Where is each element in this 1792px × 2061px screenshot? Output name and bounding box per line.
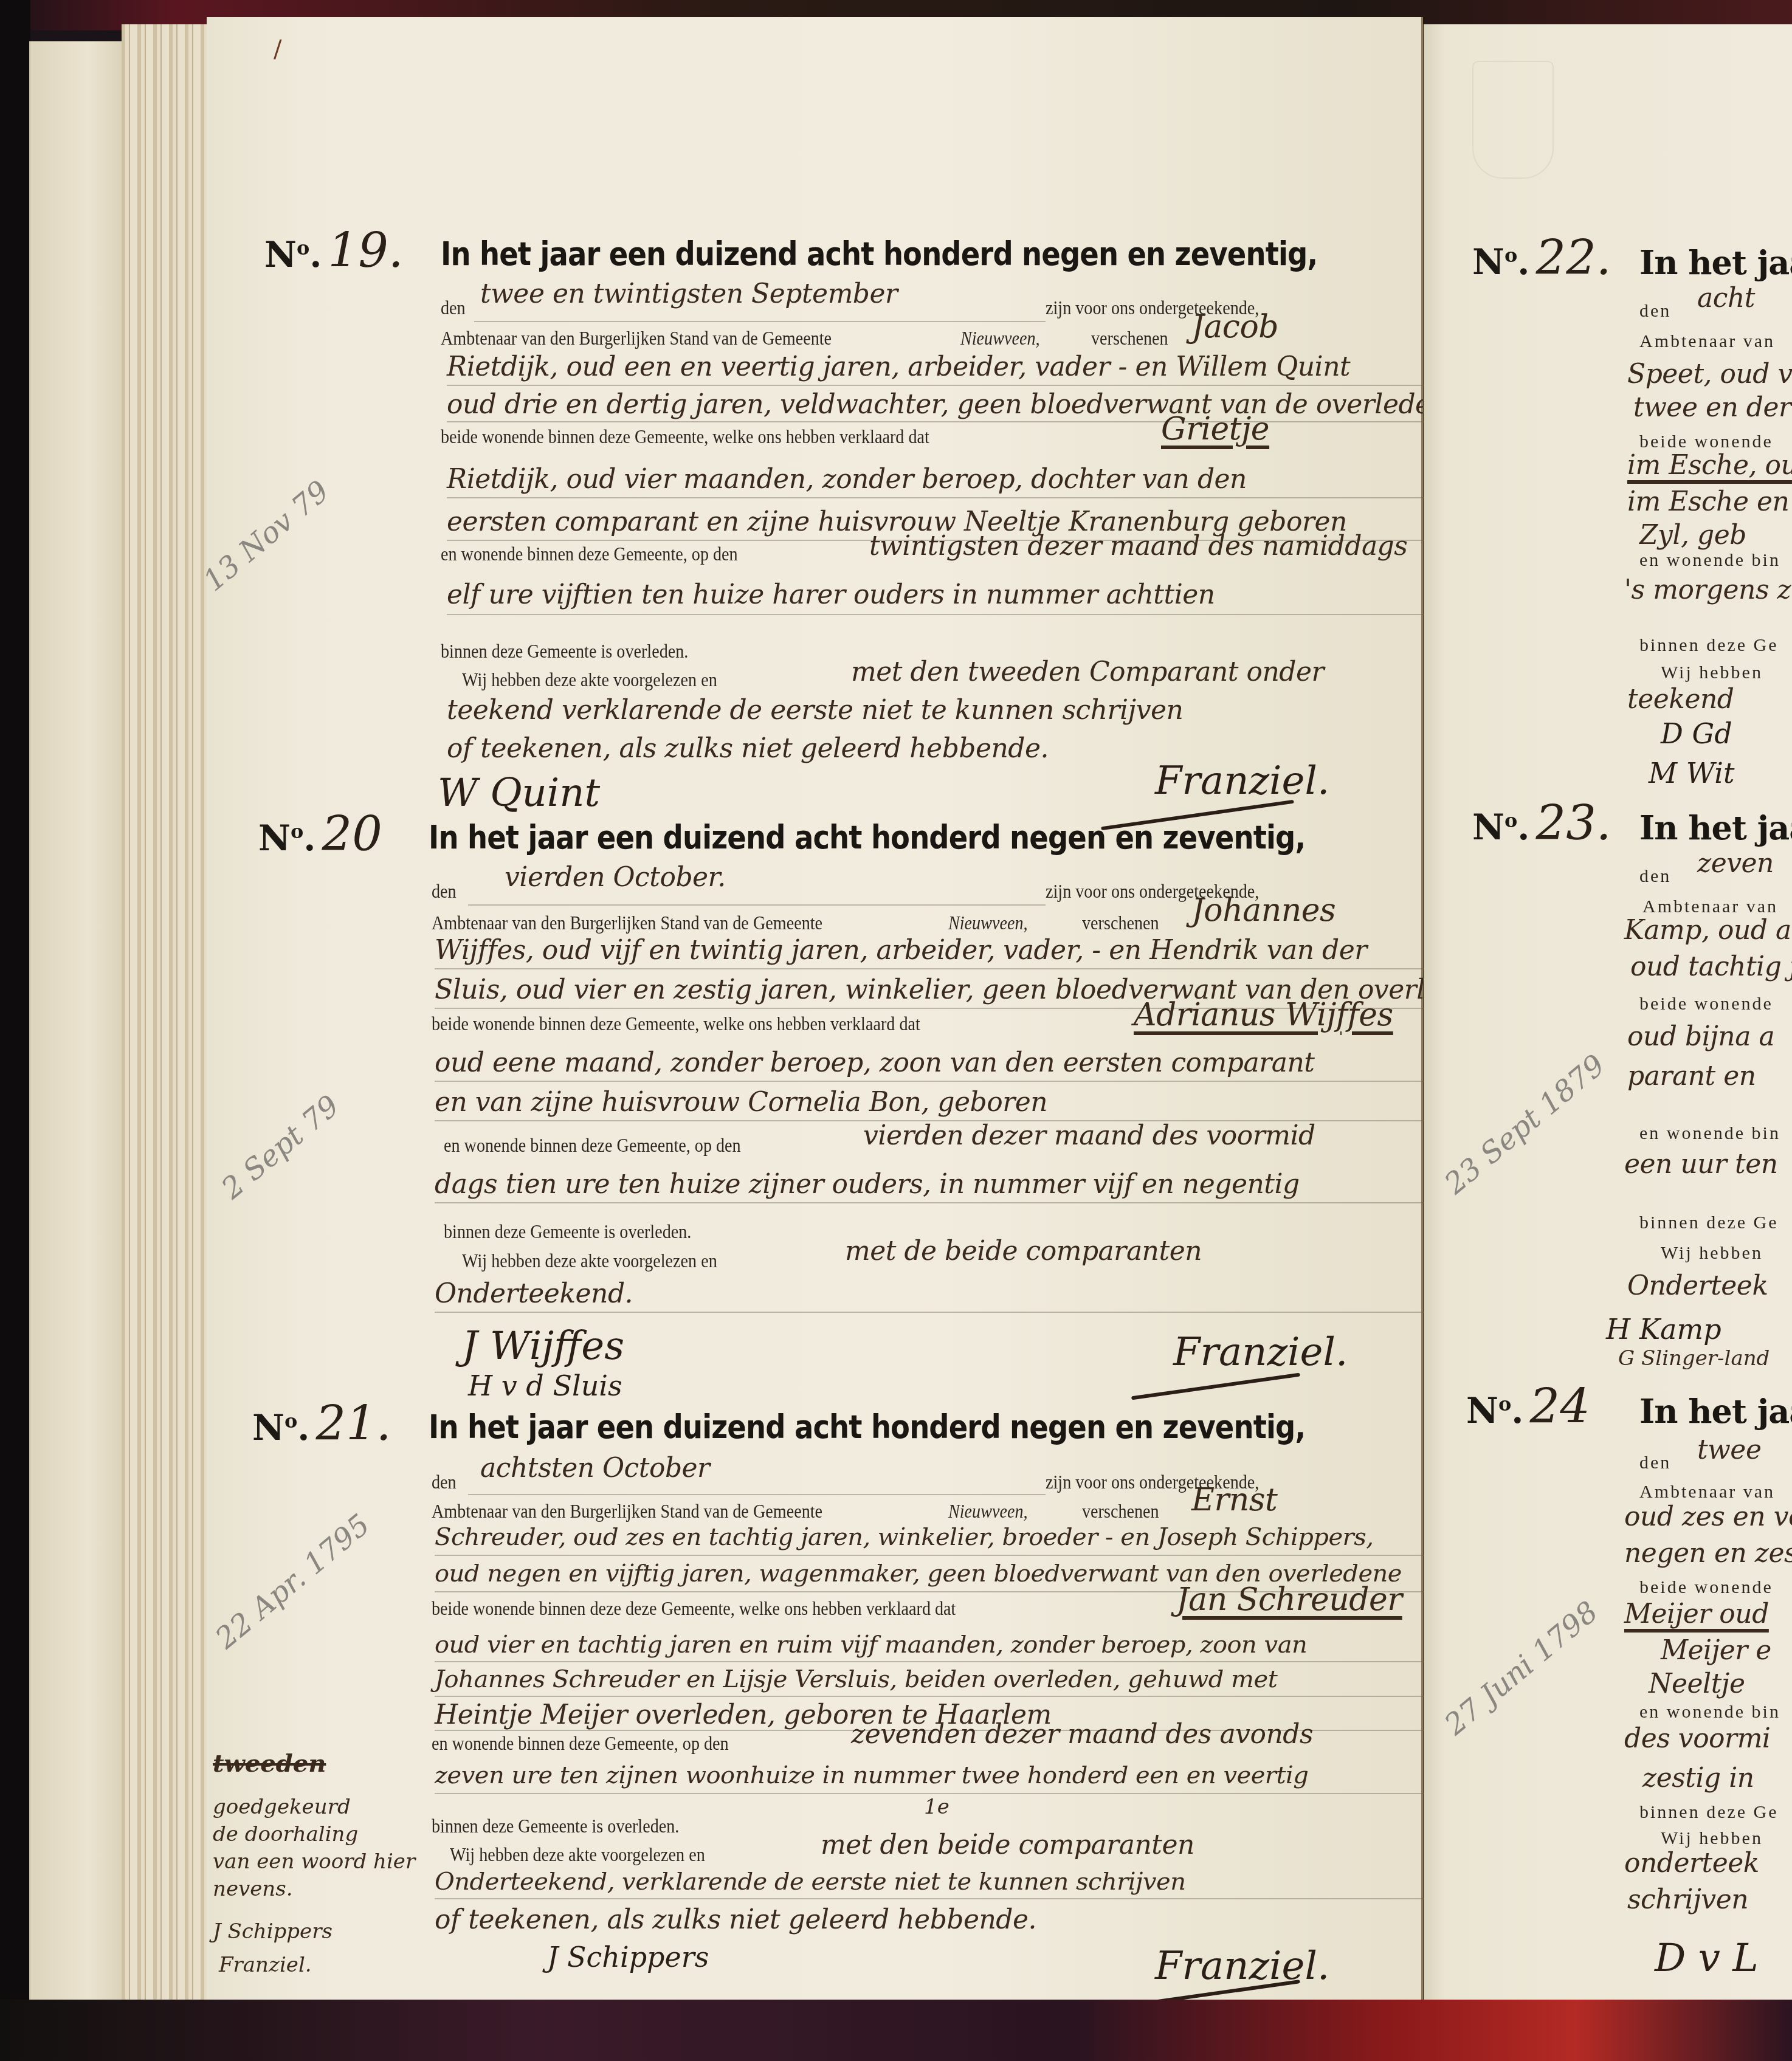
- rule: [435, 968, 1590, 969]
- printed-wij-hebben: Wij hebben: [1661, 1828, 1763, 1849]
- printed-den: den: [432, 880, 457, 903]
- printed-den: den: [441, 297, 466, 319]
- signature: M Wit: [1649, 757, 1734, 790]
- handwritten-line: of teekenen, als zulks niet geleerd hebb…: [435, 1904, 1036, 1935]
- handwritten-line: of teekenen, als zulks niet geleerd hebb…: [447, 733, 1049, 764]
- handwritten-line: Schreuder, oud zes en tachtig jaren, win…: [435, 1523, 1373, 1551]
- signature-registrar: Franziel.: [1155, 1944, 1329, 1989]
- record-number: No.22.: [1472, 231, 1611, 286]
- rule: [435, 1081, 1590, 1082]
- printed-beide-wonende: beide wonende: [1639, 432, 1773, 452]
- handwritten-line: oud zes en vee: [1624, 1501, 1792, 1532]
- printed-headline: In het jaar een duizend acht honderd neg…: [429, 818, 1305, 856]
- printed-overleden: binnen deze Gemeente is overleden.: [432, 1815, 679, 1837]
- printed-headline: In het jaa: [1639, 243, 1792, 282]
- printed-en-wonende: en wonende binnen deze Gemeente, op den: [444, 1134, 741, 1157]
- printed-ambtenaar: Ambtenaar van: [1639, 331, 1775, 352]
- printed-en-wonende: en wonende bin: [1639, 550, 1780, 571]
- margin-note: goedgekeurd: [213, 1795, 351, 1819]
- pencil-annotation: 27 Juni 1798: [1438, 1595, 1605, 1742]
- printed-wij-hebben: Wij hebben deze akte voorgelezen en: [450, 1843, 705, 1866]
- rule: [447, 614, 1590, 615]
- handwritten-line: Zyl, geb: [1639, 520, 1746, 551]
- handwritten-line: een uur ten: [1624, 1149, 1778, 1180]
- rule: [435, 1793, 1590, 1794]
- handwritten-line: schrijven: [1627, 1884, 1748, 1915]
- book-cover-bottom: [0, 2000, 1792, 2061]
- deceased-name: Meijer oud: [1624, 1598, 1769, 1629]
- printed-headline: In het jaar een duizend acht honderd neg…: [441, 235, 1317, 273]
- handwritten-line: en van zijne huisvrouw Cornelia Bon, geb…: [435, 1087, 1047, 1118]
- handwritten-line: zestig in: [1642, 1763, 1754, 1794]
- rule: [435, 1312, 1590, 1313]
- printed-ambtenaar: Ambtenaar van den Burgerlijken Stand van…: [432, 1500, 822, 1523]
- printed-wij-hebben: Wij hebben: [1661, 662, 1763, 683]
- deceased-name: Jan Schreuder: [1176, 1581, 1402, 1618]
- superscript-correction: 1e: [924, 1795, 949, 1819]
- rule: [435, 1696, 1590, 1697]
- record-number: No.24: [1466, 1380, 1590, 1434]
- printed-den: den: [1639, 301, 1671, 322]
- handwritten-line: parant en: [1627, 1061, 1756, 1092]
- embossed-seal: [1472, 61, 1554, 179]
- rule: [435, 1202, 1590, 1203]
- signature-registrar: Franziel.: [1155, 759, 1329, 803]
- signature: G Slinger-land: [1618, 1346, 1770, 1371]
- printed-overleden: binnen deze Ge: [1639, 1213, 1779, 1233]
- handwritten-line: oud drie en dertig jaren, veldwachter, g…: [447, 389, 1463, 420]
- deceased-name: Grietje: [1161, 411, 1269, 447]
- printed-headline: In het jaa: [1639, 1392, 1792, 1431]
- margin-note: van een woord hier: [213, 1849, 415, 1874]
- rule: [447, 421, 1590, 422]
- record-number: No.19.: [264, 224, 404, 278]
- handwritten-line: oud bijna a: [1627, 1021, 1774, 1052]
- handwritten-line: im Esche en: [1627, 486, 1789, 517]
- right-page: No.22. In het jaa den acht Ambtenaar van…: [1424, 24, 1792, 2009]
- date-of-record: twee en twintigsten September: [480, 278, 898, 309]
- printed-beide-wonende: beide wonende binnen deze Gemeente, welk…: [441, 425, 929, 448]
- signature-flourish: [1131, 1373, 1300, 1400]
- handwritten-line: des voormi: [1624, 1723, 1770, 1754]
- signature: H Kamp: [1606, 1313, 1721, 1346]
- handwritten-line: dags tien ure ten huize zijner ouders, i…: [435, 1169, 1300, 1200]
- printed-verschenen: verschenen: [1082, 912, 1159, 934]
- handwritten-line: oud vier en tachtig jaren en ruim vijf m…: [435, 1631, 1307, 1659]
- signature: D Gd: [1661, 717, 1732, 750]
- book-cover-left: [0, 0, 30, 2061]
- printed-den: den: [1639, 1453, 1671, 1473]
- printed-headline: In het jaar een duizend acht honderd neg…: [429, 1408, 1305, 1446]
- date-of-record: achtsten October: [480, 1453, 710, 1484]
- comparant-name: Ernst: [1191, 1482, 1277, 1518]
- handwritten-line: Onderteek: [1627, 1270, 1768, 1301]
- handwritten-line: teekend verklarende de eerste niet te ku…: [447, 695, 1183, 726]
- record-number: No.20: [258, 807, 382, 862]
- signature: D v L: [1655, 1936, 1759, 1981]
- margin-note: de doorhaling: [213, 1822, 358, 1846]
- printed-overleden: binnen deze Gemeente is overleden.: [441, 640, 688, 662]
- printed-wij-hebben: Wij hebben: [1661, 1243, 1763, 1264]
- handwritten-line: teekend: [1627, 684, 1734, 715]
- handwritten-line: negen en zest: [1624, 1538, 1792, 1569]
- handwritten-line: onderteek: [1624, 1848, 1759, 1879]
- deceased-name: Adrianus Wijffes: [1134, 997, 1393, 1033]
- date-fragment: acht: [1697, 283, 1755, 314]
- printed-en-wonende: en wonende bin: [1639, 1702, 1780, 1722]
- signature-witness: W Quint: [438, 771, 600, 816]
- rule: [435, 1555, 1590, 1556]
- printed-wij-hebben: Wij hebben deze akte voorgelezen en: [462, 1250, 717, 1272]
- printed-headline: In het jaa: [1639, 808, 1792, 847]
- printed-beide-wonende: beide wonende: [1639, 1577, 1773, 1598]
- date-of-death: twintigsten dezer maand des namiddags: [869, 531, 1407, 562]
- signature-witness: J Schippers: [547, 1941, 709, 1973]
- printed-overleden: binnen deze Ge: [1639, 635, 1779, 656]
- signing-clause: met den beide comparanten: [821, 1829, 1194, 1860]
- printed-ambtenaar: Ambtenaar van: [1639, 1482, 1775, 1502]
- signing-clause: met den tweeden Comparant onder: [851, 656, 1324, 687]
- printed-beide-wonende: beide wonende binnen deze deze Gemeente,…: [432, 1597, 956, 1620]
- handwritten-line: Onderteekend, verklarende de eerste niet…: [435, 1868, 1186, 1896]
- comparant-name: Johannes: [1191, 892, 1335, 929]
- handwritten-line: Rietdijk, oud vier maanden, zonder beroe…: [447, 464, 1247, 495]
- signature-comparant: J Wijffes: [462, 1324, 624, 1369]
- page-mark: /: [274, 35, 281, 63]
- margin-note: nevens.: [213, 1877, 293, 1901]
- printed-ambtenaar: Ambtenaar van den Burgerlijken Stand van…: [432, 912, 822, 934]
- handwritten-line: 's morgens zeven: [1624, 574, 1792, 605]
- handwritten-line: oud eene maand, zonder beroep, zoon van …: [435, 1047, 1314, 1078]
- fly-leaf: [29, 41, 128, 2004]
- printed-den: den: [1639, 866, 1671, 887]
- comparant-name: Jacob: [1191, 309, 1278, 345]
- rule: [435, 1898, 1590, 1899]
- handwritten-line: zeven ure ten zijnen woonhuize in nummer…: [435, 1761, 1308, 1789]
- pencil-annotation: 2 Sept 79: [215, 1089, 346, 1206]
- municipality-name: Nieuwveen,: [948, 1500, 1028, 1523]
- rule: [468, 904, 1046, 906]
- handwritten-line: Rietdijk, oud een en veertig jaren, arbe…: [447, 351, 1350, 382]
- handwritten-line: Wijffes, oud vijf en twintig jaren, arbe…: [435, 935, 1367, 966]
- left-page: / No.19. In het jaar een duizend acht ho…: [207, 17, 1423, 2011]
- municipality-name: Nieuwveen,: [960, 327, 1040, 349]
- rule: [474, 321, 1046, 322]
- record-number: No.23.: [1472, 796, 1611, 851]
- handwritten-line: Speet, oud vij: [1627, 359, 1792, 390]
- date-of-death: zevenden dezer maand des avonds: [851, 1719, 1313, 1750]
- municipality-name: Nieuwveen,: [948, 912, 1028, 934]
- date-fragment: zeven: [1697, 848, 1774, 879]
- record-number: No.21.: [252, 1397, 391, 1451]
- rule: [447, 497, 1590, 498]
- pencil-annotation: 23 Sept 1879: [1438, 1048, 1611, 1201]
- date-of-record: vierden October.: [505, 862, 726, 893]
- signature-witness: H v d Sluis: [468, 1369, 622, 1402]
- printed-en-wonende: en wonende binnen deze Gemeente, op den: [441, 543, 738, 565]
- date-of-death: vierden dezer maand des voormid: [863, 1120, 1315, 1151]
- printed-overleden: binnen deze Ge: [1639, 1802, 1779, 1823]
- printed-beide-wonende: beide wonende binnen deze Gemeente, welk…: [432, 1013, 920, 1035]
- handwritten-line: Neeltje: [1649, 1668, 1745, 1699]
- deceased-name: im Esche, oud: [1627, 450, 1792, 481]
- signature-registrar: Franziel.: [1173, 1330, 1348, 1375]
- rule: [468, 1494, 1046, 1495]
- printed-beide-wonende: beide wonende: [1639, 994, 1773, 1014]
- rule: [435, 1661, 1590, 1662]
- pencil-annotation: 22 Apr. 1795: [209, 1508, 376, 1656]
- printed-ambtenaar: Ambtenaar van den Burgerlijken Stand van…: [441, 327, 832, 349]
- rule: [435, 1008, 1590, 1009]
- printed-overleden: binnen deze Gemeente is overleden.: [444, 1220, 691, 1243]
- handwritten-line: twee en der: [1633, 392, 1791, 423]
- rule: [435, 1591, 1590, 1592]
- printed-verschenen: verschenen: [1082, 1500, 1159, 1523]
- margin-signature: J Schippers: [213, 1919, 333, 1944]
- handwritten-line: oud tachtig j: [1630, 951, 1792, 982]
- signing-clause: met de beide comparanten: [845, 1236, 1202, 1267]
- pencil-annotation: 13 Nov 79: [197, 474, 336, 598]
- page-edges: [122, 24, 213, 2006]
- printed-den: den: [432, 1471, 457, 1493]
- margin-struck-word: tweeden: [213, 1749, 326, 1778]
- rule: [447, 385, 1590, 386]
- handwritten-line: Meijer e: [1661, 1635, 1771, 1666]
- printed-ambtenaar: Ambtenaar van: [1642, 896, 1778, 917]
- handwritten-line: Johannes Schreuder en Lijsje Versluis, b…: [435, 1665, 1277, 1693]
- handwritten-line: Kamp, oud a: [1624, 915, 1791, 946]
- printed-verschenen: verschenen: [1091, 327, 1168, 349]
- margin-signature: Franziel.: [219, 1953, 312, 1977]
- handwritten-line: Onderteekend.: [435, 1278, 633, 1309]
- printed-en-wonende: en wonende bin: [1639, 1123, 1780, 1144]
- handwritten-line: elf ure vijftien ten huize harer ouders …: [447, 579, 1215, 610]
- printed-en-wonende: en wonende binnen deze Gemeente, op den: [432, 1732, 729, 1755]
- printed-wij-hebben: Wij hebben deze akte voorgelezen en: [462, 669, 717, 691]
- date-fragment: twee: [1697, 1434, 1761, 1465]
